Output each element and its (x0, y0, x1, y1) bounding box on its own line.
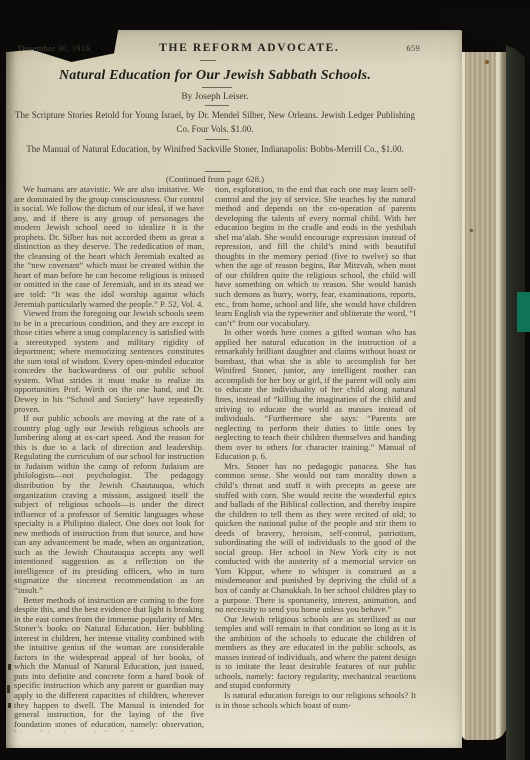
article-paragraph: Our Jewish religious schools are as ster… (215, 615, 416, 691)
article-byline: By Joseph Leiser. (15, 92, 415, 102)
background-object-green (517, 292, 530, 332)
divider-rule (205, 139, 229, 140)
page-number: 659 (406, 43, 420, 53)
article-paragraph: If our public schools are moving at the … (14, 414, 204, 595)
book-cover-edge (506, 12, 525, 760)
divider-rule (200, 60, 216, 61)
continuation-note: (Continued from page 628.) (15, 174, 415, 184)
article-paragraph: Is natural education foreign to our reli… (215, 691, 416, 710)
article-paragraph: Viewed from the foregoing our Jewish sch… (14, 309, 204, 414)
article-body: We humans are atavistic. We are also imi… (14, 185, 416, 732)
book-scan-scene: December 30, 1916. THE REFORM ADVOCATE. … (0, 0, 530, 760)
bibliography-entry: The Scripture Stories Retold for Young I… (15, 109, 415, 136)
article-paragraph: Mrs. Stoner has no pedagogic panacea. Sh… (215, 462, 416, 615)
foxing-spot (470, 229, 473, 232)
journal-title: THE REFORM ADVOCATE. (159, 42, 339, 54)
foxing-spot (485, 60, 489, 64)
bibliography-entry: The Manual of Natural Education, by Wini… (15, 143, 415, 157)
article-paragraph: In other words here comes a gifted woman… (215, 328, 416, 462)
left-column: We humans are atavistic. We are also imi… (14, 185, 204, 732)
scan-blemish (8, 664, 11, 670)
scan-blemish (8, 703, 11, 708)
article-title: Natural Education for Our Jewish Sabbath… (15, 68, 415, 84)
article-paragraph: tion, exploration, to the end that each … (215, 185, 416, 328)
book-page-edges (462, 52, 507, 740)
header-date: December 30, 1916. (18, 43, 92, 53)
scan-blemish (7, 685, 10, 693)
divider-rule (202, 87, 232, 88)
article-paragraph: We humans are atavistic. We are also imi… (14, 185, 204, 309)
article-paragraph: Better methods of instruction are coming… (14, 596, 204, 732)
divider-rule (205, 105, 229, 106)
page-header: December 30, 1916. THE REFORM ADVOCATE. … (18, 42, 420, 54)
divider-rule (205, 171, 231, 172)
right-column: tion, exploration, to the end that each … (215, 185, 416, 732)
